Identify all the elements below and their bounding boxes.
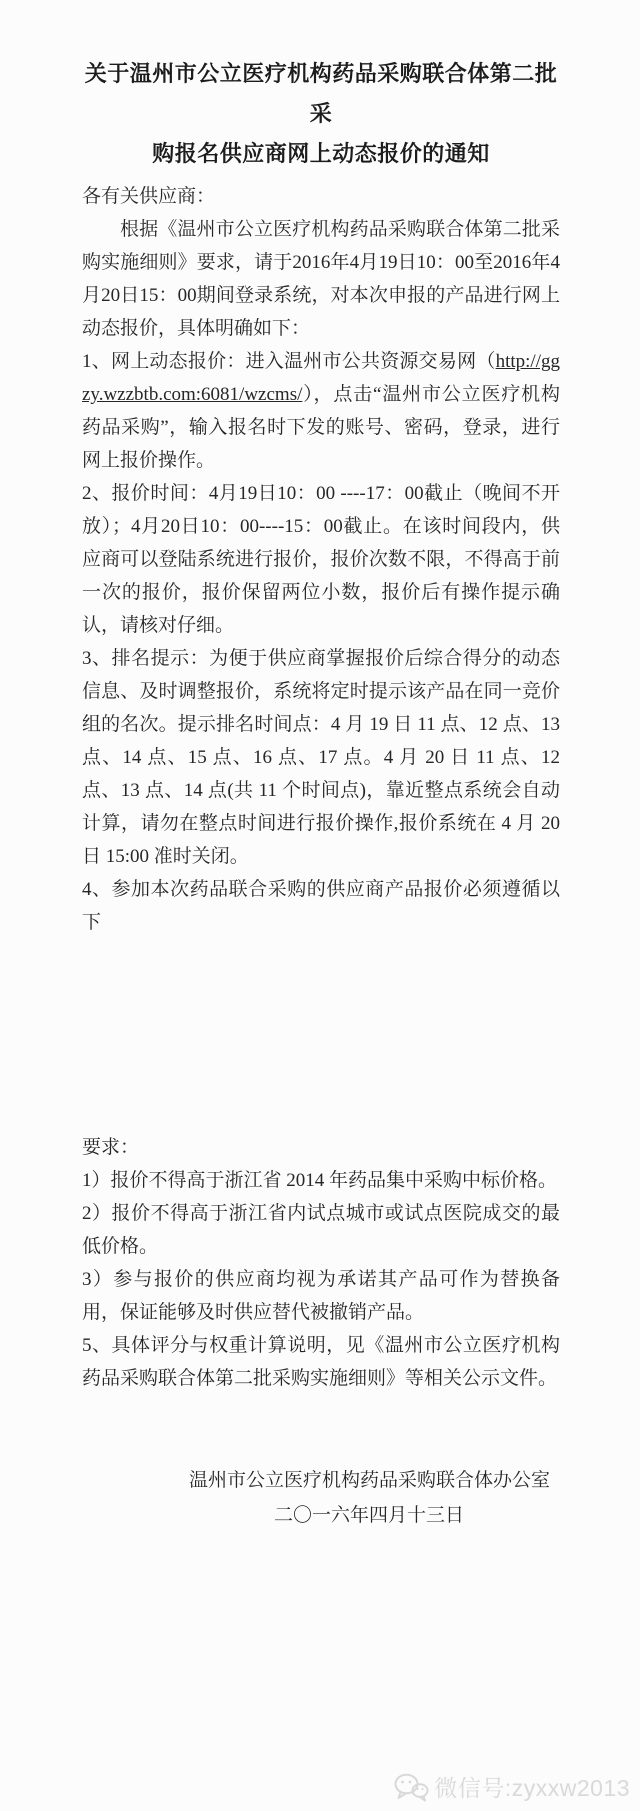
- requirement-1: 1）报价不得高于浙江省 2014 年药品集中采购中标价格。: [82, 1164, 560, 1197]
- requirement-3: 3）参与报价的供应商均视为承诺其产品可作为替换备用，保证能够及时供应替代被撤销产…: [82, 1263, 560, 1329]
- paragraph-item-1-pre: 1、网上动态报价：进入温州市公共资源交易网（: [82, 351, 496, 372]
- document-page: 关于温州市公立医疗机构药品采购联合体第二批采 购报名供应商网上动态报价的通知 各…: [0, 0, 640, 1811]
- paragraph-item-1: 1、网上动态报价：进入温州市公共资源交易网（http://ggzy.wzzbtb…: [82, 345, 560, 477]
- signature-gap: [82, 1395, 560, 1463]
- wechat-watermark: 微信号:zyxxw2013: [393, 1770, 630, 1803]
- paragraph-item-3: 3、排名提示：为便于供应商掌握报价后综合得分的动态信息、及时调整报价，系统将定时…: [82, 642, 560, 873]
- wechat-id-label: 微信号:zyxxw2013: [434, 1770, 630, 1803]
- requirement-2: 2）报价不得高于浙江省内试点城市或试点医院成交的最低价格。: [82, 1197, 560, 1263]
- paragraph-item-5: 5、具体评分与权重计算说明，见《温州市公立医疗机构药品采购联合体第二批采购实施细…: [82, 1329, 560, 1395]
- page-break-gap: [82, 939, 560, 1131]
- paragraph-item-2: 2、报价时间：4月19日10：00 ----17：00截止（晚间不开放）；4月2…: [82, 477, 560, 642]
- paragraph-intro: 根据《温州市公立医疗机构药品采购联合体第二批采购实施细则》要求，请于2016年4…: [82, 213, 560, 345]
- document-title-line2: 购报名供应商网上动态报价的通知: [82, 134, 560, 174]
- requirements-heading: 要求：: [82, 1131, 560, 1164]
- document-title-line1: 关于温州市公立医疗机构药品采购联合体第二批采: [82, 54, 560, 134]
- document-title: 关于温州市公立医疗机构药品采购联合体第二批采 购报名供应商网上动态报价的通知: [82, 54, 560, 174]
- signature-org: 温州市公立医疗机构药品采购联合体办公室: [82, 1463, 560, 1498]
- salutation: 各有关供应商：: [82, 180, 560, 213]
- document-content: 关于温州市公立医疗机构药品采购联合体第二批采 购报名供应商网上动态报价的通知 各…: [82, 54, 560, 1533]
- paragraph-item-4: 4、参加本次药品联合采购的供应商产品报价必须遵循以下: [82, 873, 560, 939]
- signature-date: 二〇一六年四月十三日: [82, 1498, 560, 1533]
- wechat-icon: [393, 1772, 429, 1802]
